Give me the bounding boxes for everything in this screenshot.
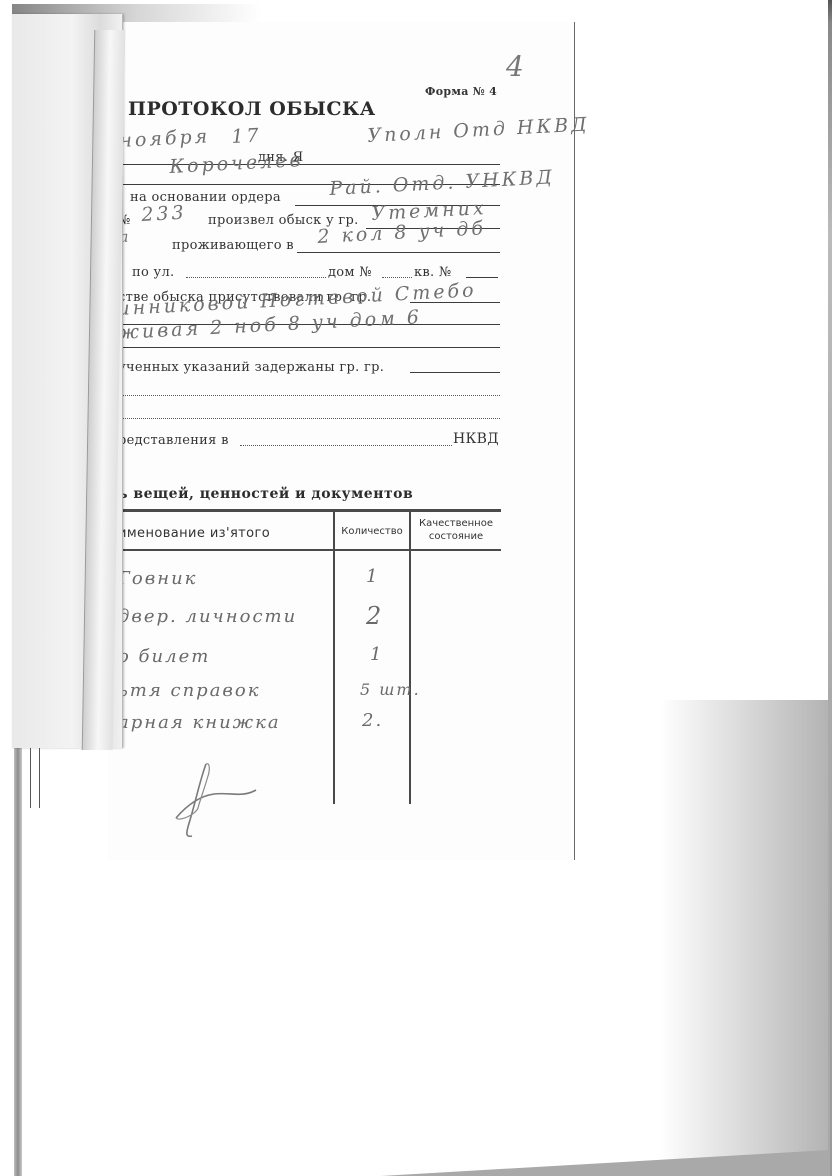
line-9 xyxy=(118,347,500,348)
scan-bottom-shadow xyxy=(380,1150,830,1176)
line-12 xyxy=(118,418,500,419)
under-page-lines xyxy=(30,748,40,808)
table-row-3-quantity: 1 xyxy=(370,644,383,665)
day-handwritten: 17 xyxy=(231,124,262,148)
signature xyxy=(170,760,280,840)
scan-right-shadow xyxy=(660,700,830,1176)
column-header-condition-line1: Качественное xyxy=(412,517,500,530)
table-row-2-quantity: 2 xyxy=(366,602,383,630)
page-title: ПРОТОКОЛ ОБЫСКА xyxy=(128,98,376,120)
table-divider-condition xyxy=(409,512,411,804)
line-11 xyxy=(118,395,500,396)
table-row-3-name: о билет xyxy=(118,646,210,667)
table-row-2-name: двер. личности xyxy=(118,606,297,627)
order-number-handwritten: 233 xyxy=(141,202,187,226)
page-number-handwritten: 4 xyxy=(506,50,524,83)
line-5 xyxy=(297,252,500,253)
table-top-rule xyxy=(118,509,501,512)
residing-label: проживающего в xyxy=(172,238,294,253)
street-label: по ул. xyxy=(132,265,174,280)
table-row-5-quantity: 2. xyxy=(362,710,383,731)
delivery-suffix: НКВД xyxy=(453,431,499,447)
column-header-condition: Качественное состояние xyxy=(412,517,500,543)
column-header-condition-line2: состояние xyxy=(412,530,500,543)
table-row-5-name: арная книжка xyxy=(118,712,281,733)
table-header-rule xyxy=(118,549,501,551)
scan-left-edge xyxy=(14,740,22,1176)
column-header-name: именование из'ятого xyxy=(118,526,270,541)
table-divider-quantity xyxy=(333,512,335,804)
form-number: Форма № 4 xyxy=(425,85,497,98)
house-label: дом № xyxy=(328,265,372,280)
table-row-1-name: Говник xyxy=(118,568,197,589)
line-10 xyxy=(410,372,500,373)
inventory-title: ь вещей, ценностей и документов xyxy=(118,486,413,502)
detained-label: ученных указаний задержаны гр. гр. xyxy=(118,360,384,375)
street-field xyxy=(186,277,326,278)
house-field xyxy=(382,277,412,278)
delivery-field xyxy=(240,445,452,446)
table-row-1-quantity: 1 xyxy=(366,566,379,587)
table-row-4-name: ьтя справок xyxy=(118,680,261,701)
delivery-label: редставления в xyxy=(118,433,229,448)
apt-label: кв. № xyxy=(414,265,452,280)
column-header-quantity: Количество xyxy=(337,525,407,538)
apt-field xyxy=(466,277,498,278)
table-row-4-quantity: 5 шт. xyxy=(360,680,421,699)
